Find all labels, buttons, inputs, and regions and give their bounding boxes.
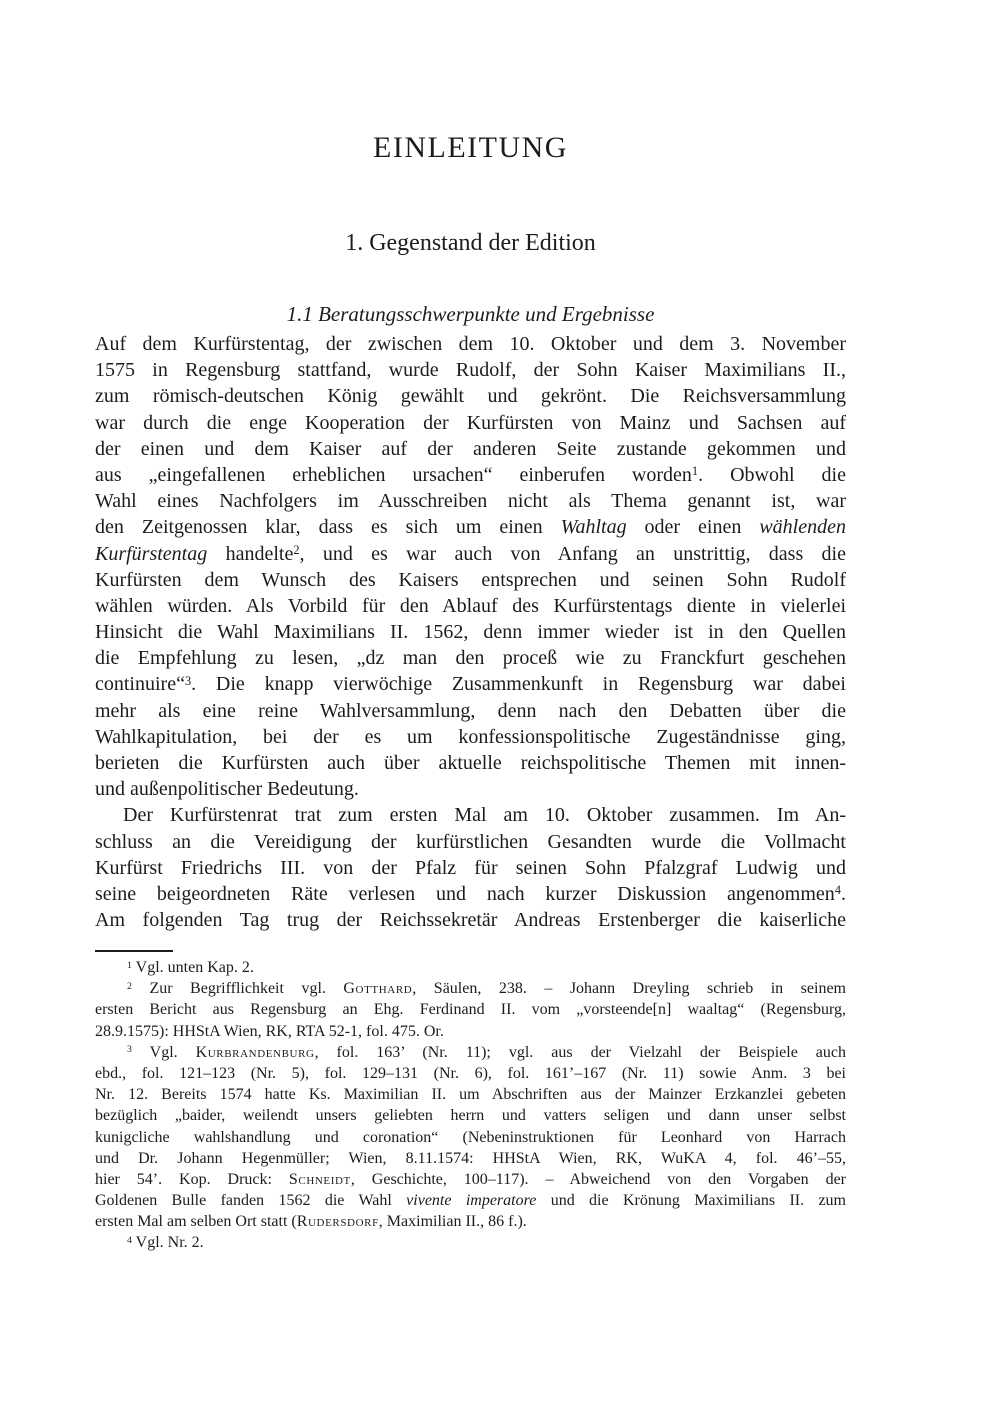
text-line: continuire“3. Die knapp vierwöchige Zusa… <box>95 671 846 697</box>
text-line: 4 Vgl. Nr. 2. <box>95 1232 846 1253</box>
text-line: den Zeitgenossen klar, dass es sich um e… <box>95 514 846 540</box>
text-segment: hier 54’. Kop. Druck: <box>95 1171 289 1188</box>
text-line: wählen würden. Als Vorbild für den Ablau… <box>95 593 846 619</box>
text-line: mehr als eine reine Wahlversammlung, den… <box>95 698 846 724</box>
text-line: berieten die Kurfürsten auch über aktuel… <box>95 750 846 776</box>
text-line: 1 Vgl. unten Kap. 2. <box>95 957 846 978</box>
text-segment: war durch die enge Kooperation der Kurfü… <box>95 412 846 434</box>
text-line: die Empfehlung zu lesen, „dz man den pro… <box>95 645 846 671</box>
text-line: der einen und dem Kaiser auf der anderen… <box>95 436 846 462</box>
text-segment: vivente imperatore <box>406 1192 536 1209</box>
author-smallcaps: Schneidt <box>289 1171 351 1188</box>
section-heading: 1. Gegenstand der Edition <box>95 228 846 258</box>
text-line: Wahlkapitulation, bei der es um konfessi… <box>95 724 846 750</box>
text-line: 3 Vgl. Kurbrandenburg, fol. 163’ (Nr. 11… <box>95 1042 846 1063</box>
text-segment: kunigcliche wahlshandlung und coronation… <box>95 1129 846 1146</box>
document-page: EINLEITUNG 1. Gegenstand der Edition 1.1… <box>0 0 1004 1418</box>
text-segment: Vgl. Nr. 2. <box>132 1234 204 1251</box>
body-text: Auf dem Kurfürstentag, der zwischen dem … <box>95 331 846 933</box>
text-segment: 1575 in Regensburg stattfand, wurde Rudo… <box>95 359 846 381</box>
footnotes: 1 Vgl. unten Kap. 2.2 Zur Begrifflichkei… <box>95 957 846 1254</box>
text-segment: , und es war auch von Anfang an unstritt… <box>300 543 846 565</box>
text-line: und Dr. Johann Hegenmüller; Wien, 8.11.1… <box>95 1148 846 1169</box>
text-segment: mehr als eine reine Wahlversammlung, den… <box>95 700 846 722</box>
page-title: EINLEITUNG <box>95 130 846 166</box>
text-segment: . Die knapp vierwöchige Zusammenkunft in… <box>191 673 846 695</box>
footnote-marker: 4 <box>835 883 841 897</box>
text-segment: zum römisch-deutschen König gewählt und … <box>95 385 846 407</box>
text-segment: , Geschichte, 100–117). – Abweichend von… <box>351 1171 846 1188</box>
text-line: seine beigeordneten Räte verlesen und na… <box>95 881 846 907</box>
text-line: 28.9.1575): HHStA Wien, RK, RTA 52-1, fo… <box>95 1021 846 1042</box>
text-line: ebd., fol. 121–123 (Nr. 5), fol. 129–131… <box>95 1063 846 1084</box>
text-segment: Der Kurfürstenrat trat zum ersten Mal am… <box>123 804 846 826</box>
text-segment: . <box>841 883 846 905</box>
footnote-marker: 1 <box>692 464 698 478</box>
text-line: Auf dem Kurfürstentag, der zwischen dem … <box>95 331 846 357</box>
text-segment: und außenpolitischer Bedeutung. <box>95 778 359 800</box>
text-line: ersten Mal am selben Ort statt (Rudersdo… <box>95 1211 846 1232</box>
text-segment: Wahlkapitulation, bei der es um konfessi… <box>95 726 846 748</box>
text-segment: der einen und dem Kaiser auf der anderen… <box>95 438 846 460</box>
text-segment: , fol. 163’ (Nr. 11); vgl. aus der Vielz… <box>315 1044 846 1061</box>
author-smallcaps: Gotthard <box>343 980 412 997</box>
text-segment: den Zeitgenossen klar, dass es sich um e… <box>95 516 561 538</box>
footnote-item: 4 Vgl. Nr. 2. <box>95 1232 846 1253</box>
text-segment: Vgl. <box>132 1044 196 1061</box>
footnote-marker: 2 <box>293 543 299 557</box>
text-segment: , Maximilian II., 86 f.). <box>379 1213 527 1230</box>
text-segment: ersten Bericht aus Regensburg an Ehg. Fe… <box>95 1001 846 1018</box>
text-line: ersten Bericht aus Regensburg an Ehg. Fe… <box>95 999 846 1020</box>
text-segment: seine beigeordneten Räte verlesen und na… <box>95 883 835 905</box>
footnote-marker: 2 <box>127 981 132 992</box>
footnote-item: 1 Vgl. unten Kap. 2. <box>95 957 846 978</box>
text-segment: handelte <box>207 543 293 565</box>
footnote-marker: 3 <box>127 1044 132 1055</box>
text-line: 1575 in Regensburg stattfand, wurde Rudo… <box>95 357 846 383</box>
text-line: Kurfürsten dem Wunsch des Kaisers entspr… <box>95 567 846 593</box>
text-segment: , Säulen, 238. – Johann Dreyling schrieb… <box>412 980 846 997</box>
subsection-heading: 1.1 Beratungsschwerpunkte und Ergebnisse <box>95 301 846 328</box>
footnote-marker: 1 <box>127 960 132 971</box>
text-line: Kurfürstentag handelte2, und es war auch… <box>95 541 846 567</box>
footnote-marker: 4 <box>127 1235 132 1246</box>
text-segment: bezüglich „baider, weilendt unsers gelie… <box>95 1107 846 1124</box>
text-line: Nr. 12. Bereits 1574 hatte Ks. Maximilia… <box>95 1084 846 1105</box>
text-segment: . Obwohl die <box>698 464 846 486</box>
text-line: Am folgenden Tag trug der Reichssekretär… <box>95 907 846 933</box>
text-segment: Kurfürsten dem Wunsch des Kaisers entspr… <box>95 569 846 591</box>
text-line: kunigcliche wahlshandlung und coronation… <box>95 1127 846 1148</box>
text-segment: Nr. 12. Bereits 1574 hatte Ks. Maximilia… <box>95 1086 846 1103</box>
text-segment: Kurfürstentag <box>95 543 207 565</box>
text-segment: Wahl eines Nachfolgers im Ausschreiben n… <box>95 490 846 512</box>
author-smallcaps: Rudersdorf <box>297 1213 379 1230</box>
text-line: 2 Zur Begrifflichkeit vgl. Gotthard, Säu… <box>95 978 846 999</box>
text-segment: Kurfürst Friedrichs III. von der Pfalz f… <box>95 857 846 879</box>
text-line: hier 54’. Kop. Druck: Schneidt, Geschich… <box>95 1169 846 1190</box>
text-line: Wahl eines Nachfolgers im Ausschreiben n… <box>95 488 846 514</box>
author-smallcaps: Kurbrandenburg <box>196 1044 315 1061</box>
text-line: Hinsicht die Wahl Maximilians II. 1562, … <box>95 619 846 645</box>
footnote-marker: 3 <box>185 674 191 688</box>
text-line: Der Kurfürstenrat trat zum ersten Mal am… <box>95 802 846 828</box>
text-segment: Auf dem Kurfürstentag, der zwischen dem … <box>95 333 846 355</box>
text-segment: aus „eingefallenen erheblichen ursachen“… <box>95 464 692 486</box>
text-line: Goldenen Bulle fanden 1562 die Wahl vive… <box>95 1190 846 1211</box>
footnote-item: 2 Zur Begrifflichkeit vgl. Gotthard, Säu… <box>95 978 846 1042</box>
text-segment: ersten Mal am selben Ort statt ( <box>95 1213 297 1230</box>
text-segment: schluss an die Vereidigung der kurfürstl… <box>95 831 846 853</box>
text-line: schluss an die Vereidigung der kurfürstl… <box>95 829 846 855</box>
text-segment: berieten die Kurfürsten auch über aktuel… <box>95 752 846 774</box>
text-segment: Goldenen Bulle fanden 1562 die Wahl <box>95 1192 406 1209</box>
text-line: war durch die enge Kooperation der Kurfü… <box>95 410 846 436</box>
text-segment: ebd., fol. 121–123 (Nr. 5), fol. 129–131… <box>95 1065 846 1082</box>
text-segment: Am folgenden Tag trug der Reichssekretär… <box>95 909 846 931</box>
text-segment: und Dr. Johann Hegenmüller; Wien, 8.11.1… <box>95 1150 846 1167</box>
footnote-separator-rule <box>95 950 173 952</box>
text-segment: 28.9.1575): HHStA Wien, RK, RTA 52-1, fo… <box>95 1023 444 1040</box>
text-segment: Zur Begrifflichkeit vgl. <box>132 980 343 997</box>
text-segment: continuire“ <box>95 673 185 695</box>
text-line: Kurfürst Friedrichs III. von der Pfalz f… <box>95 855 846 881</box>
text-line: und außenpolitischer Bedeutung. <box>95 776 846 802</box>
text-segment: Wahltag <box>561 516 627 538</box>
footnote-item: 3 Vgl. Kurbrandenburg, fol. 163’ (Nr. 11… <box>95 1042 846 1233</box>
text-segment: die Empfehlung zu lesen, „dz man den pro… <box>95 647 846 669</box>
text-segment: Vgl. unten Kap. 2. <box>132 959 254 976</box>
text-segment: wählenden <box>759 516 846 538</box>
text-line: aus „eingefallenen erheblichen ursachen“… <box>95 462 846 488</box>
text-segment: wählen würden. Als Vorbild für den Ablau… <box>95 595 846 617</box>
text-line: zum römisch-deutschen König gewählt und … <box>95 383 846 409</box>
text-segment: Hinsicht die Wahl Maximilians II. 1562, … <box>95 621 846 643</box>
text-line: bezüglich „baider, weilendt unsers gelie… <box>95 1105 846 1126</box>
text-segment: und die Krönung Maximilians II. zum <box>536 1192 846 1209</box>
text-segment: oder einen <box>627 516 760 538</box>
